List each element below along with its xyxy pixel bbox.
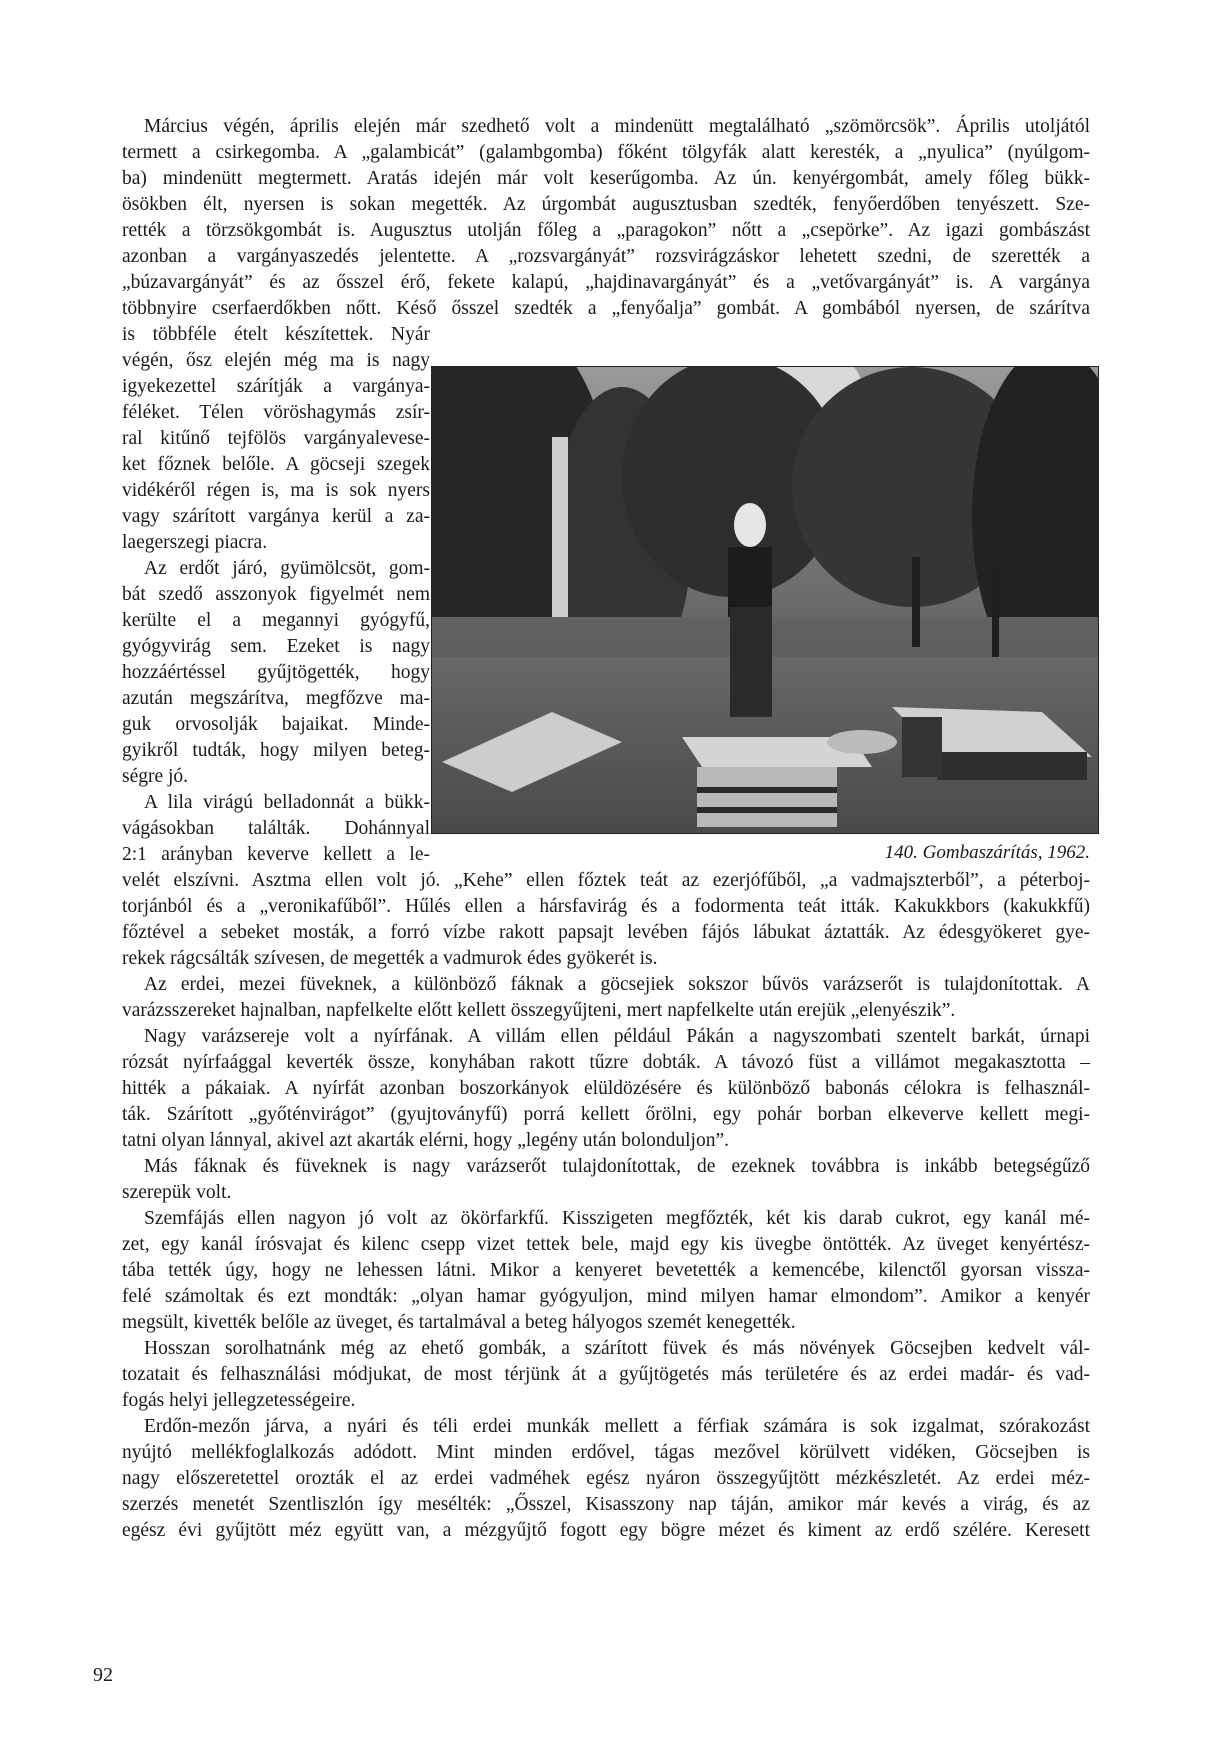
text-line: gyikről tudták, hogy milyen beteg- — [122, 738, 430, 764]
text-line: rózsát nyírfaággal keverték össze, konyh… — [122, 1050, 1090, 1076]
photo-image — [432, 367, 1098, 833]
text-line: laegerszegi piacra. — [122, 530, 430, 556]
text-line: gyógyvirág sem. Ezeket is nagy — [122, 634, 430, 660]
text-line: is többféle ételt készítettek. Nyár — [122, 322, 430, 348]
text-line: szerepük volt. — [122, 1180, 1090, 1206]
text-line: Hosszan sorolhatnánk még az ehető gombák… — [122, 1336, 1090, 1362]
text-line: tatni olyan lánnyal, akivel azt akarták … — [122, 1128, 1090, 1154]
text-line: Nagy varázsereje volt a nyírfának. A vil… — [122, 1024, 1090, 1050]
text-line: ségre jó. — [122, 764, 430, 790]
text-line: Március végén, április elején már szedhe… — [122, 114, 1090, 140]
text-line: nyújtó mellékfoglalkozás adódott. Mint m… — [122, 1440, 1090, 1466]
text-line: „búzavargányát” és az ősszel érő, fekete… — [122, 270, 1090, 296]
text-line: fogás helyi jellegzetességeire. — [122, 1388, 1090, 1414]
text-line: tába tették úgy, hogy ne lehessen látni.… — [122, 1258, 1090, 1284]
text-line: termett a csirkegomba. A „galambicát” (g… — [122, 140, 1090, 166]
text-line: guk orvosolják bajaikat. Minde- — [122, 712, 430, 738]
text-line: végén, ősz elején még ma is nagy — [122, 348, 430, 374]
text-line: Szemfájás ellen nagyon jó volt az ökörfa… — [122, 1206, 1090, 1232]
text-line: Más fáknak és füveknek is nagy varázserő… — [122, 1154, 1090, 1180]
text-line: torjánból és a „veronikafűből”. Hűlés el… — [122, 894, 1090, 920]
figure-photo — [431, 366, 1099, 834]
text-line: Az erdei, mezei füveknek, a különböző fá… — [122, 972, 1090, 998]
text-line: ral kitűnő tejfölös vargányalevese- — [122, 426, 430, 452]
text-line: zet, egy kanál írósvajat és kilenc csepp… — [122, 1232, 1090, 1258]
text-line: ösökben élt, nyersen is sokan megették. … — [122, 192, 1090, 218]
text-line: féléket. Télen vöröshagymás zsír- — [122, 400, 430, 426]
text-line: ták. Szárított „győténvirágot” (gyujtová… — [122, 1102, 1090, 1128]
text-line: ket főznek belőle. A göcseji szegek — [122, 452, 430, 478]
text-line: szerzés menetét Szentliszlón így mesélté… — [122, 1492, 1090, 1518]
text-line: vagy szárított vargánya kerül a za- — [122, 504, 430, 530]
text-line: rekek rágcsálták szívesen, de megették a… — [122, 946, 1090, 972]
text-line: felé számoltak és ezt mondták: „olyan ha… — [122, 1284, 1090, 1310]
book-page: Március végén, április elején már szedhe… — [0, 0, 1216, 1754]
text-line: 2:1 arányban keverve kellett a le- — [122, 842, 430, 868]
text-line: kerülte el a megannyi gyógyfű, — [122, 608, 430, 634]
text-line: bát szedő asszonyok figyelmét nem — [122, 582, 430, 608]
text-line: egész évi gyűjtött méz együtt van, a méz… — [122, 1518, 1090, 1544]
text-line: többnyire cserfaerdőkben nőtt. Késő őssz… — [122, 296, 1090, 322]
text-line: rették a törzsökgombát is. Augusztus uto… — [122, 218, 1090, 244]
text-line: tozatait és felhasználási módjukat, de m… — [122, 1362, 1090, 1388]
text-line: vágásokban találták. Dohánnyal — [122, 816, 430, 842]
text-line: velét elszívni. Asztma ellen volt jó. „K… — [122, 868, 1090, 894]
text-line: varázsszereket hajnalban, napfelkelte el… — [122, 998, 1090, 1024]
text-line: hitték a pákaiak. A nyírfát azonban bosz… — [122, 1076, 1090, 1102]
text-line: A lila virágú belladonnát a bükk- — [122, 790, 430, 816]
figure-caption: 140. Gombaszárítás, 1962. — [860, 842, 1090, 864]
text-line: vidékéről régen is, ma is sok nyers — [122, 478, 430, 504]
text-line: azután megszárítva, megfőzve ma- — [122, 686, 430, 712]
text-line: nagy előszeretettel orozták el az erdei … — [122, 1466, 1090, 1492]
text-line: megsült, kivették belőle az üveget, és t… — [122, 1310, 1090, 1336]
text-line: azonban a vargányaszedés jelentette. A „… — [122, 244, 1090, 270]
text-line: Az erdőt járó, gyümölcsöt, gom- — [122, 556, 430, 582]
page-number: 92 — [93, 1664, 113, 1687]
text-line: hozzáértéssel gyűjtögették, hogy — [122, 660, 430, 686]
text-line: ba) mindenütt megtermett. Aratás idején … — [122, 166, 1090, 192]
text-line: Erdőn-mezőn járva, a nyári és téli erdei… — [122, 1414, 1090, 1440]
text-line: igyekezettel szárítják a vargánya- — [122, 374, 430, 400]
text-line: főztével a sebeket mosták, a forró vízbe… — [122, 920, 1090, 946]
